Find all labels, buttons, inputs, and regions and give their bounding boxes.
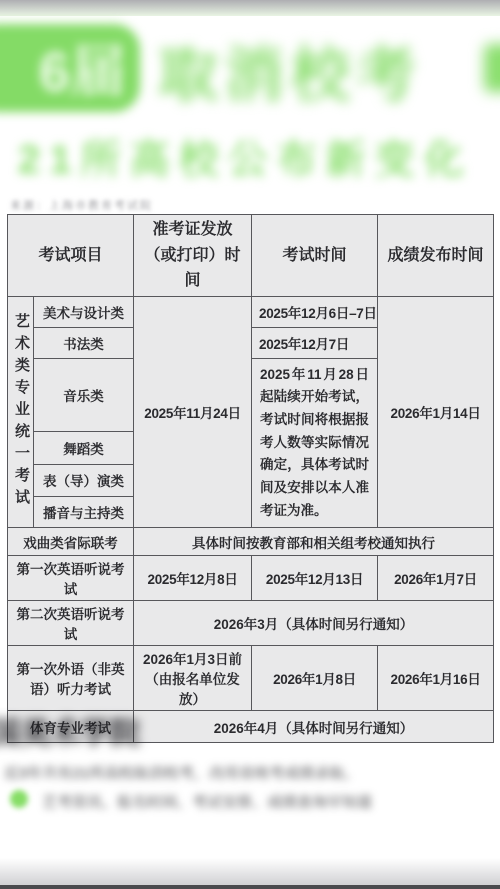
- header-score-time: 成绩发布时间: [378, 215, 494, 297]
- row-exam-time: 2026年1月8日: [252, 646, 378, 711]
- art-group-label: 艺术类专业统一考试: [11, 313, 32, 511]
- screenshot-root: 6届 取消校考 21所高校公布新变化 来源：上海市教育考试院 考试项目 准考证发…: [0, 0, 500, 889]
- art-merged-exam-time: 2025年11月28日起陆续开始考试，考试时间将根据报考人数等实际情况确定，具体…: [252, 358, 378, 528]
- row-ticket-time: 2026年1月3日前（由报名单位发放）: [134, 646, 252, 711]
- row-name: 第二次英语听说考试: [8, 601, 134, 646]
- green-bullet-icon: [10, 790, 28, 808]
- table-row: 第一次外语（非英语）听力考试 2026年1月3日前（由报名单位发放） 2026年…: [8, 646, 494, 711]
- art-ticket-time: 2025年11月24日: [134, 296, 252, 528]
- art-row-name: 表（导）演类: [34, 464, 134, 496]
- art-row-name: 美术与设计类: [34, 296, 134, 327]
- bottom-shade: [0, 858, 500, 886]
- exam-schedule-table: 考试项目 准考证发放 （或打印）时间 考试时间 成绩发布时间 艺术类专业统一考试…: [7, 214, 494, 743]
- art-row-name: 音乐类: [34, 358, 134, 431]
- article-line1: 近3年共有21所高校取消校考，改用省统考成绩录取。: [4, 762, 474, 783]
- status-bar-strip: [0, 0, 500, 16]
- row-name: 第一次英语听说考试: [8, 556, 134, 601]
- row-score-time: 2026年1月7日: [378, 556, 494, 601]
- row-exam-time: 2025年12月13日: [252, 556, 378, 601]
- hero-clipped-glyph: [484, 44, 500, 92]
- hero-banner: 6届 取消校考 21所高校公布新变化: [0, 16, 500, 212]
- article-heading: 中国美术学院: [0, 708, 140, 752]
- art-score-time: 2026年1月14日: [378, 296, 494, 528]
- table-row: 戏曲类省际联考 具体时间按教育部和相关组考校通知执行: [8, 528, 494, 556]
- article-line2: 艺考资讯、报名时间、考试安排、成绩查询早知道: [42, 791, 500, 812]
- header-ticket-line2: （或打印）时间: [145, 247, 241, 290]
- table-row: 第一次英语听说考试 2025年12月8日 2025年12月13日 2026年1月…: [8, 556, 494, 601]
- table-row: 第二次英语听说考试 2026年3月（具体时间另行通知）: [8, 601, 494, 646]
- art-row-name: 播音与主持类: [34, 497, 134, 528]
- art-row-name: 舞蹈类: [34, 432, 134, 464]
- art-row-name: 书法类: [34, 327, 134, 358]
- header-exam-time: 考试时间: [252, 215, 378, 297]
- header-exam-item: 考试项目: [8, 215, 134, 297]
- hero-badge-text: 6届: [39, 28, 126, 108]
- table-header-row: 考试项目 准考证发放 （或打印）时间 考试时间 成绩发布时间: [8, 215, 494, 297]
- header-ticket-line1: 准考证发放: [153, 221, 233, 238]
- bottom-bar: [0, 885, 500, 889]
- source-note: 来源：上海市教育考试院: [10, 197, 153, 213]
- header-ticket-time: 准考证发放 （或打印）时间: [134, 215, 252, 297]
- row-name: 第一次外语（非英语）听力考试: [8, 646, 134, 711]
- row-merged-note: 2026年3月（具体时间另行通知）: [134, 601, 494, 646]
- row-merged-note: 2026年4月（具体时间另行通知）: [134, 711, 494, 743]
- table-row: 艺术类专业统一考试 美术与设计类 2025年11月24日 2025年12月6日–…: [8, 296, 494, 327]
- hero-title: 取消校考: [158, 28, 458, 114]
- row-ticket-time: 2025年12月8日: [134, 556, 252, 601]
- art-group-cell: 艺术类专业统一考试: [8, 296, 34, 528]
- hero-badge: 6届: [0, 24, 140, 112]
- row-score-time: 2026年1月16日: [378, 646, 494, 711]
- hero-subtitle: 21所高校公布新变化: [18, 128, 498, 185]
- art-exam-time: 2025年12月7日: [252, 327, 378, 358]
- art-exam-time: 2025年12月6日–7日: [252, 296, 378, 327]
- row-merged-note: 具体时间按教育部和相关组考校通知执行: [134, 528, 494, 556]
- row-name: 戏曲类省际联考: [8, 528, 134, 556]
